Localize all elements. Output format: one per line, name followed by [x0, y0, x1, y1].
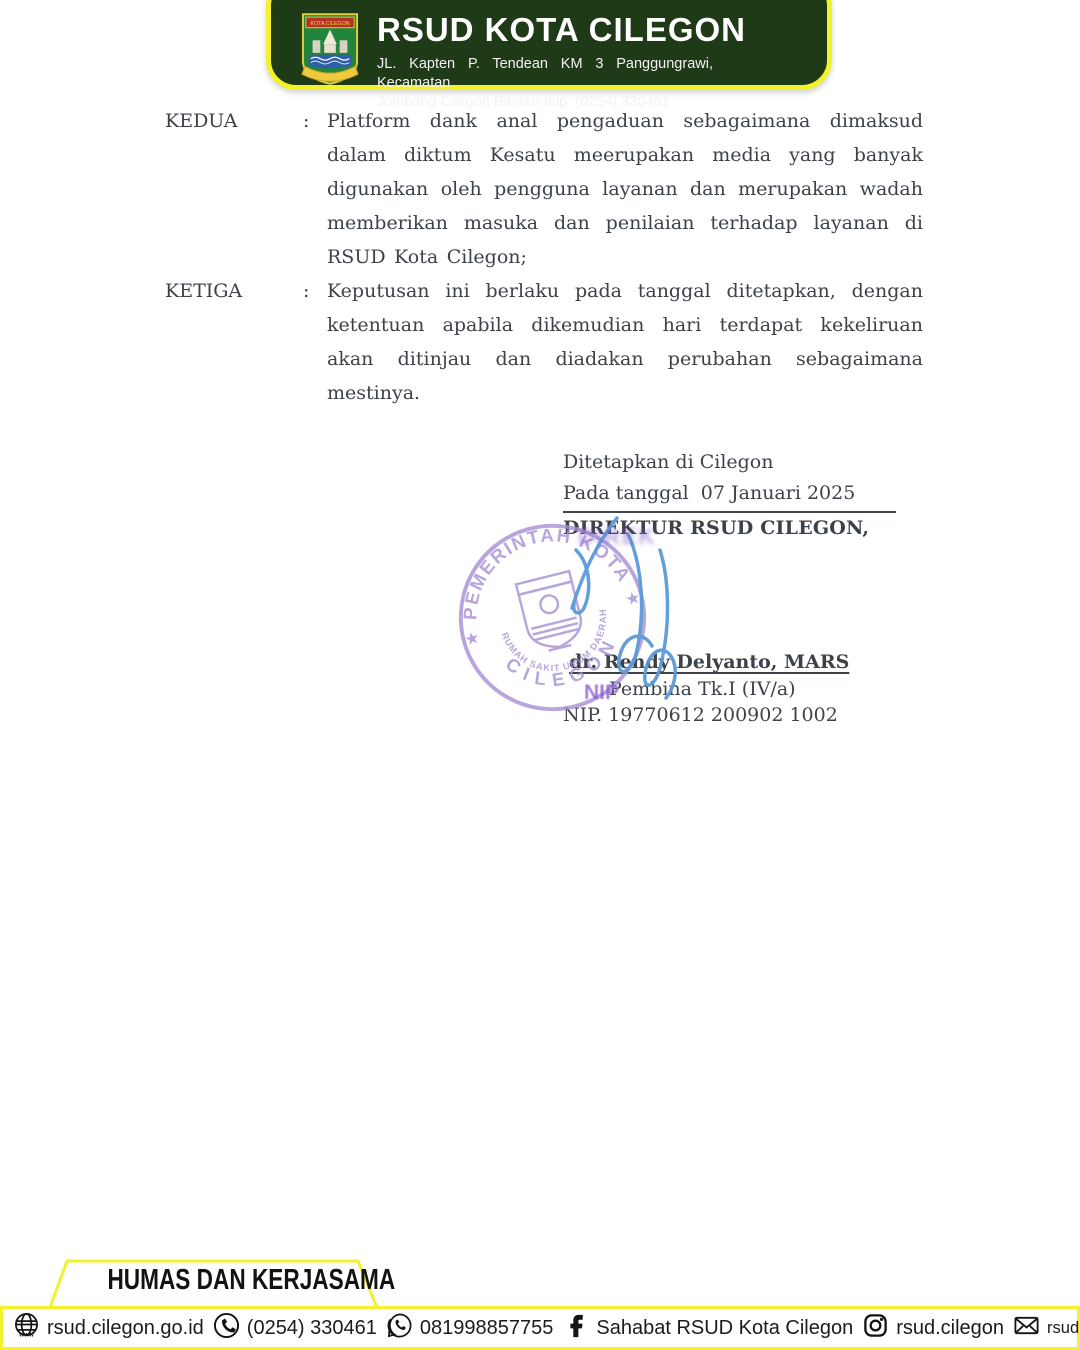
signatory-nip: NIP. 19770612 200902 1002 — [563, 704, 908, 726]
decree-text: Keputusan ini berlaku pada tanggal ditet… — [327, 274, 923, 410]
decree-colon: : — [303, 104, 327, 274]
decree-item-kedua: KEDUA : Platform dank anal pengaduan seb… — [165, 104, 923, 274]
decree-label: KEDUA — [165, 104, 303, 274]
hospital-logo: KOTA CILEGON — [301, 11, 359, 91]
decree-body: KEDUA : Platform dank anal pengaduan seb… — [165, 104, 923, 410]
contact-phone: (0254) 330461 — [213, 1312, 377, 1345]
svg-text:★: ★ — [464, 630, 481, 649]
instagram-icon — [862, 1312, 889, 1345]
decree-colon: : — [303, 274, 327, 410]
contact-instagram: rsud.cilegon — [862, 1312, 1004, 1345]
stamp-artifact-smudge: DIREK — [578, 524, 656, 550]
globe-icon: www — [13, 1312, 40, 1345]
humas-banner-label: HUMAS DAN KERJASAMA — [107, 1264, 337, 1297]
letter-page: KOTA CILEGON RSUD KOTA CILEGON JL. Kapte… — [0, 0, 1080, 1350]
contact-email: rsud.kotacilegon330461@gmail.com — [1013, 1312, 1080, 1344]
hospital-address-line1: JL. Kapten P. Tendean KM 3 Panggungrawi,… — [377, 55, 713, 93]
contact-whatsapp: 081998857755 — [386, 1312, 553, 1345]
phone-icon — [213, 1312, 240, 1345]
signature-place: Ditetapkan di Cilegon — [563, 451, 908, 473]
whatsapp-icon — [386, 1312, 413, 1345]
letterhead: KOTA CILEGON RSUD KOTA CILEGON JL. Kapte… — [266, 0, 832, 90]
facebook-icon — [562, 1312, 589, 1345]
decree-item-ketiga: KETIGA : Keputusan ini berlaku pada tang… — [165, 274, 923, 410]
contact-facebook: Sahabat RSUD Kota Cilegon — [562, 1312, 853, 1345]
svg-text:KOTA CILEGON: KOTA CILEGON — [310, 21, 349, 27]
stamp-artifact-nip: NIP — [584, 681, 619, 705]
contact-website: www rsud.cilegon.go.id — [13, 1312, 204, 1345]
email-icon — [1013, 1312, 1040, 1344]
decree-text: Platform dank anal pengaduan sebagaimana… — [327, 104, 923, 274]
contact-bar: www rsud.cilegon.go.id (0254) 330461 — [0, 1306, 1080, 1350]
hospital-name: RSUD KOTA CILEGON — [377, 11, 746, 49]
svg-text:www: www — [18, 1331, 34, 1338]
decree-label: KETIGA — [165, 274, 303, 410]
